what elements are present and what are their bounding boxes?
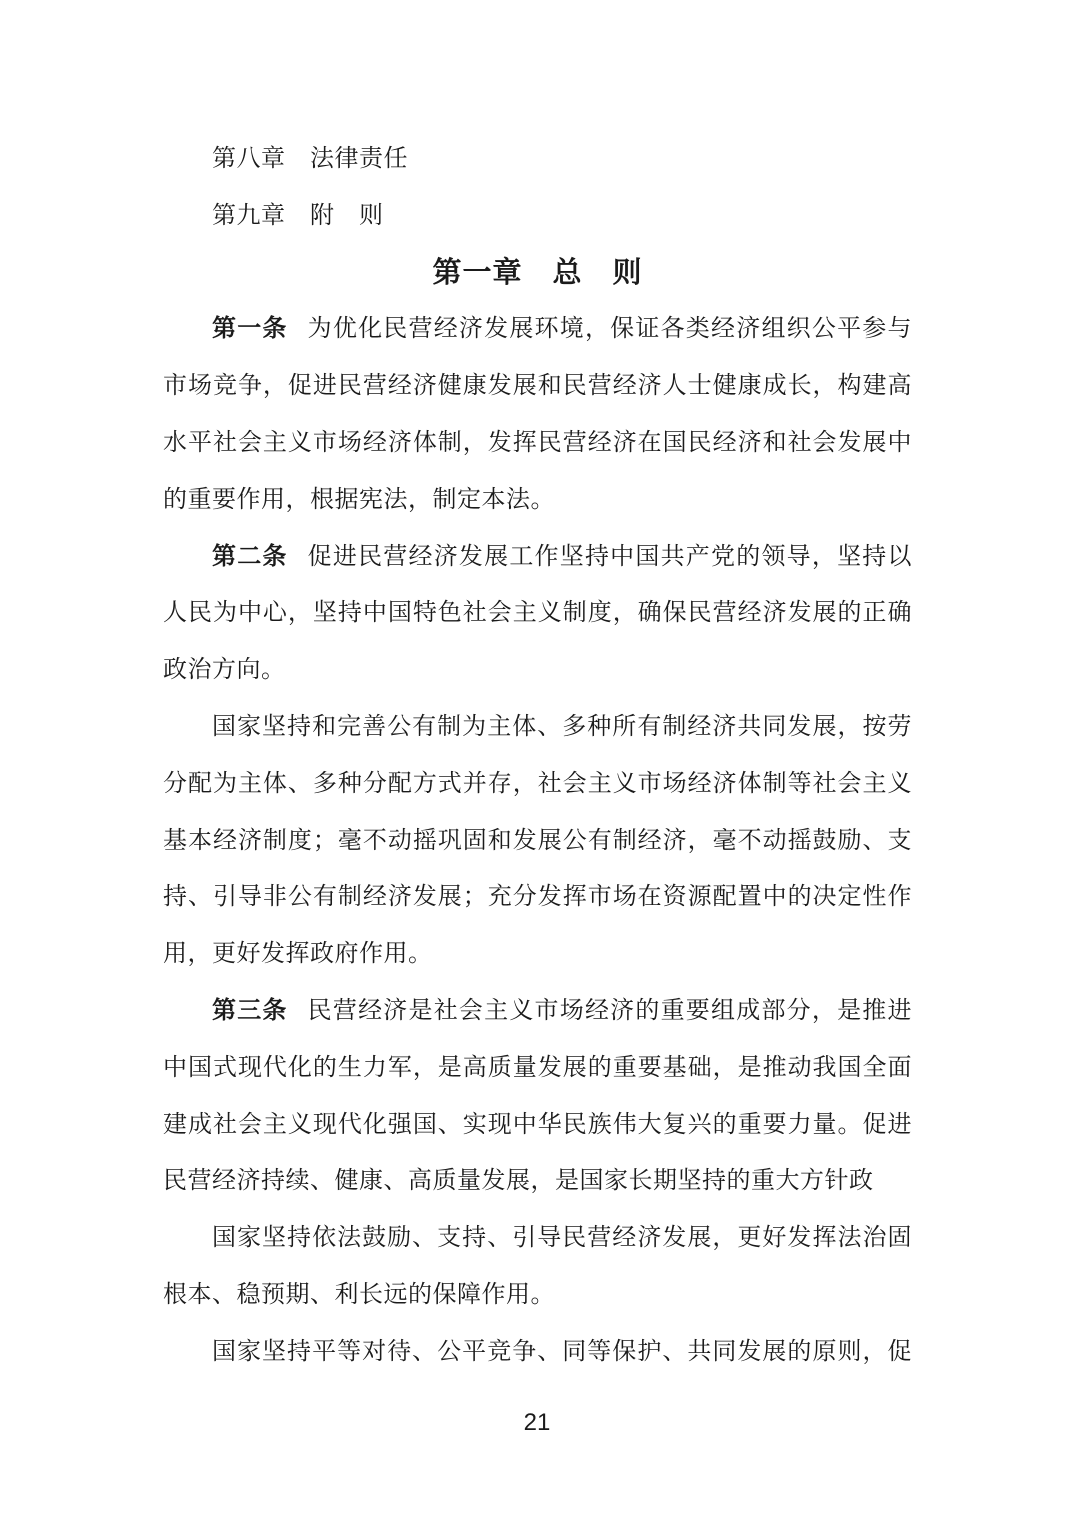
article-number-label: 第一条	[212, 316, 288, 342]
paragraph-line: 第一条为优化民营经济发展环境，保证各类经济组织公平参与	[163, 301, 912, 358]
paragraph-line: 持、引导非公有制经济发展；充分发挥市场在资源配置中的决定性作	[163, 869, 912, 926]
paragraph-line: 国家坚持平等对待、公平竞争、同等保护、共同发展的原则，促	[163, 1324, 912, 1381]
paragraph-line: 建成社会主义现代化强国、实现中华民族伟大复兴的重要力量。促进	[163, 1097, 912, 1154]
paragraph-line: 人民为中心，坚持中国特色社会主义制度，确保民营经济发展的正确	[163, 585, 912, 642]
paragraph-line: 政治方向。	[163, 642, 912, 699]
paragraph-line: 民营经济持续、健康、高质量发展，是国家长期坚持的重大方针政策。	[163, 1153, 912, 1210]
paragraph-line: 市场竞争，促进民营经济健康发展和民营经济人士健康成长，构建高	[163, 358, 912, 415]
article-number-label: 第三条	[212, 998, 288, 1024]
paragraph-line: 水平社会主义市场经济体制，发挥民营经济在国民经济和社会发展中	[163, 415, 912, 472]
paragraph-line: 第三条民营经济是社会主义市场经济的重要组成部分，是推进	[163, 983, 912, 1040]
paragraph-line: 国家坚持依法鼓励、支持、引导民营经济发展，更好发挥法治固	[163, 1210, 912, 1267]
paragraph-line: 基本经济制度；毫不动摇巩固和发展公有制经济，毫不动摇鼓励、支	[163, 813, 912, 870]
paragraph-line: 中国式现代化的生力军，是高质量发展的重要基础，是推动我国全面	[163, 1040, 912, 1097]
paragraph-line: 的重要作用，根据宪法，制定本法。	[163, 472, 912, 529]
page-number: 21	[0, 1408, 1074, 1438]
paragraph-line: 用，更好发挥政府作用。	[163, 926, 912, 983]
toc-line: 第八章 法律责任	[163, 131, 912, 188]
chapter-heading: 第一章 总 则	[163, 245, 912, 302]
paragraph-line: 国家坚持和完善公有制为主体、多种所有制经济共同发展，按劳	[163, 699, 912, 756]
paragraph-line: 根本、稳预期、利长远的保障作用。	[163, 1267, 912, 1324]
article-number-label: 第二条	[212, 544, 288, 570]
document-lines: 第八章 法律责任第九章 附 则第一章 总 则第一条为优化民营经济发展环境，保证各…	[163, 131, 912, 1381]
paragraph-line: 第二条促进民营经济发展工作坚持中国共产党的领导，坚持以	[163, 529, 912, 586]
document-page: 第八章 法律责任第九章 附 则第一章 总 则第一条为优化民营经济发展环境，保证各…	[0, 0, 1074, 1520]
toc-line: 第九章 附 则	[163, 188, 912, 245]
paragraph-line: 分配为主体、多种分配方式并存，社会主义市场经济体制等社会主义	[163, 756, 912, 813]
